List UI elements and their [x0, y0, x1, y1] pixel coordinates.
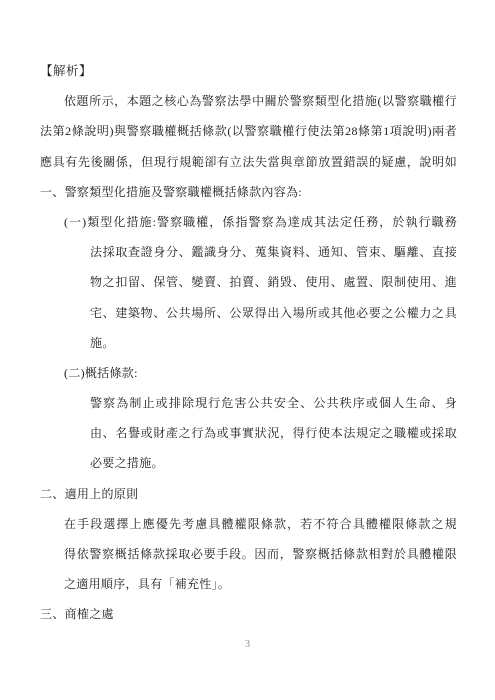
text-line: 宅、建築物、公共場所、公眾得出入場所或其他必要之公權力之具體措	[90, 298, 457, 328]
page-number: 3	[0, 639, 495, 650]
text-line: 得依警察概括條款採取必要手段。因而，警察概括條款相對於具體權限條款	[64, 539, 457, 569]
text-line: 施。	[90, 328, 457, 358]
text-line: 法第2條說明)與警察職權概括條款(以警察職權行使法第28條第1項說明)兩者	[40, 116, 457, 146]
text-line: 依題所示，本題之核心為警察法學中關於警察類型化措施(以警察職權行使	[64, 86, 457, 116]
text-line: 物之扣留、保管、變賣、拍賣、銷毀、使用、處置、限制使用、進入住	[90, 267, 457, 297]
text-line: 由、名譽或財產之行為或事實狀況，得行使本法規定之職權或採取其他	[90, 418, 457, 448]
text-line: 法採取查證身分、鑑識身分、蒐集資料、通知、管束、驅離、直接強制、	[90, 237, 457, 267]
text-line: 二、適用上的原則	[40, 479, 457, 509]
text-line: 應具有先後關係，但現行規範卻有立法失當與章節放置錯誤的疑慮，說明如下：	[40, 147, 457, 177]
text-line: (一)類型化措施:警察職權，係指警察為達成其法定任務，於執行職務時，依	[64, 207, 457, 237]
document-content: 【解析】 依題所示，本題之核心為警察法學中關於警察類型化措施(以警察職權行使法第…	[40, 56, 457, 630]
text-line: 一、警察類型化措施及警察職權概括條款內容為:	[40, 177, 457, 207]
text-line: 在手段選擇上應優先考慮具體權限條款，若不符合具體權限條款之規定，始	[64, 509, 457, 539]
document-lines: 依題所示，本題之核心為警察法學中關於警察類型化措施(以警察職權行使法第2條說明)…	[40, 86, 457, 629]
document-page: 【解析】 依題所示，本題之核心為警察法學中關於警察類型化措施(以警察職權行使法第…	[0, 0, 495, 700]
text-line: 三、商榷之處	[40, 599, 457, 629]
text-line: 必要之措施。	[90, 448, 457, 478]
text-line: (二)概括條款:	[64, 358, 457, 388]
text-line: 警察為制止或排除現行危害公共安全、公共秩序或個人生命、身體、自	[90, 388, 457, 418]
text-line: 之適用順序，具有「補充性」。	[64, 569, 457, 599]
section-heading: 【解析】	[40, 56, 457, 86]
